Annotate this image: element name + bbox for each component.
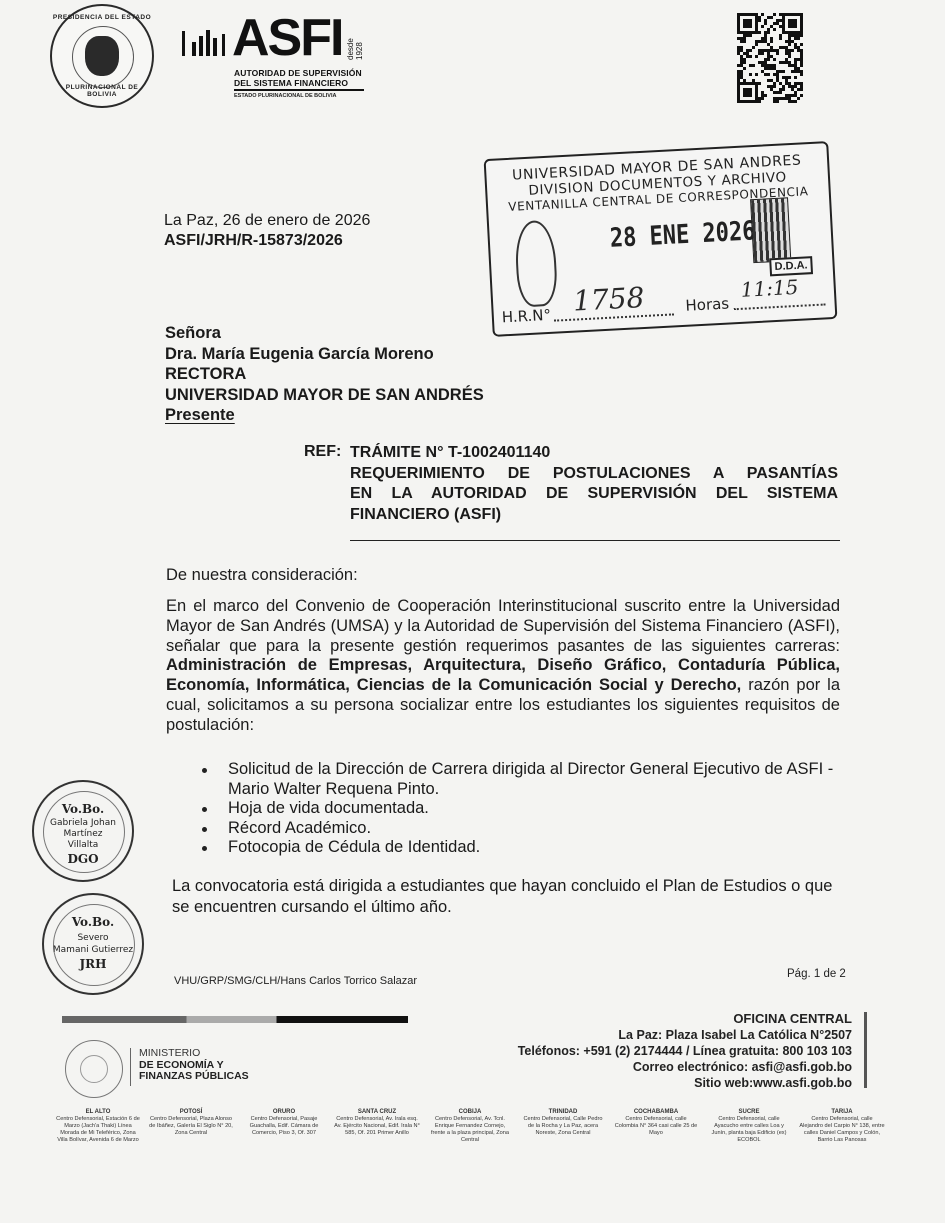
office-accent-bar [864, 1012, 867, 1088]
paragraph-1: En el marco del Convenio de Cooperación … [166, 597, 840, 736]
hrn-value: 1758 [572, 281, 645, 318]
ministry-name: MINISTERIO DE ECONOMÍA Y FINANZAS PÚBLIC… [139, 1048, 249, 1083]
branch-trinidad: TRINIDADCentro Defensorial, Calle Pedro … [520, 1109, 606, 1144]
university-emblem-icon [514, 220, 558, 308]
branch-potosi: POTOSÍCentro Defensorial, Plaza Alonso d… [148, 1109, 234, 1144]
branch-cochabamba: COCHABAMBACentro Defensorial, calle Colo… [613, 1109, 699, 1144]
branch-city: ORURO [241, 1109, 327, 1116]
asfi-bars-icon [182, 22, 226, 60]
asfi-subtitle-1: AUTORIDAD DE SUPERVISIÓN [234, 68, 362, 78]
approval-name-line: Severo [44, 933, 142, 943]
branch-address: Centro Defensorial, calle Colombia N° 36… [613, 1116, 699, 1137]
footer-color-bar [62, 1016, 408, 1023]
addressee-salutation: Señora [165, 323, 484, 344]
approval-name-line: Villalta [34, 840, 132, 850]
ref-line: REQUERIMIENTO DE POSTULACIONES A PASANTÍ… [350, 464, 838, 485]
office-title: OFICINA CENTRAL [518, 1011, 852, 1027]
branch-oruro: ORUROCentro Defensorial, Pasaje Guachall… [241, 1109, 327, 1144]
branch-santa-cruz: SANTA CRUZCentro Defensorial, Av. Irala … [334, 1109, 420, 1144]
paragraph-2: La convocatoria está dirigida a estudian… [172, 876, 846, 918]
branch-address: Centro Defensorial, Calle Pedro de la Ro… [520, 1116, 606, 1137]
addressee-presente: Presente [165, 405, 484, 426]
office-website[interactable]: Sitio web:www.asfi.gob.bo [518, 1075, 852, 1091]
horas-dotted-line [734, 303, 826, 310]
asfi-since: desde 1928 [346, 36, 364, 60]
branch-city: TARIJA [799, 1109, 885, 1116]
branch-offices: EL ALTOCentro Defensorial, Estación 6 de… [55, 1109, 885, 1144]
office-address: La Paz: Plaza Isabel La Católica N°2507 [518, 1027, 852, 1043]
branch-city: POTOSÍ [148, 1109, 234, 1116]
branch-address: Centro Defensorial, Estación 6 de Marzo … [55, 1116, 141, 1144]
branch-address: Centro Defensorial, Plaza Alonso de Ibáñ… [148, 1116, 234, 1137]
drafter-initials: VHU/GRP/SMG/CLH/Hans Carlos Torrico Sala… [174, 975, 417, 987]
addressee-block: Señora Dra. María Eugenia García Moreno … [165, 323, 484, 426]
branch-address: Centro Defensorial, calle Alejandro del … [799, 1116, 885, 1144]
approval-header: Vo.Bo. [34, 802, 132, 816]
asfi-logo: ASFI desde 1928 AUTORIDAD DE SUPERVISIÓN… [180, 14, 370, 104]
ministry-line-3: FINANZAS PÚBLICAS [139, 1071, 249, 1083]
branch-city: COCHABAMBA [613, 1109, 699, 1116]
branch-city: SANTA CRUZ [334, 1109, 420, 1116]
ref-line: FINANCIERO (ASFI) [350, 505, 838, 526]
approval-unit: JRH [44, 957, 142, 971]
presidency-seal: PRESIDENCIA DEL ESTADO PLURINACIONAL DE … [50, 4, 154, 108]
horas-label: Horas [685, 295, 730, 315]
greeting: De nuestra consideración: [166, 566, 840, 586]
branch-address: Centro Defensorial, Av. Irala esq. Av. E… [334, 1116, 420, 1137]
ministry-divider [130, 1048, 131, 1086]
reception-stamp: UNIVERSIDAD MAYOR DE SAN ANDRES DIVISION… [484, 141, 838, 337]
approval-header: Vo.Bo. [44, 915, 142, 929]
central-office: OFICINA CENTRAL La Paz: Plaza Isabel La … [518, 1011, 852, 1091]
place-date: La Paz, 26 de enero de 2026 [164, 212, 370, 230]
branch-city: EL ALTO [55, 1109, 141, 1116]
ref-label: REF: [304, 443, 341, 461]
approval-name-line: Martínez [34, 829, 132, 839]
reference-code: ASFI/JRH/R-15873/2026 [164, 232, 343, 250]
stamp-date: 28 ENE 2026 [609, 217, 756, 255]
stamp-badge: D.D.A. [769, 256, 813, 276]
approval-name-line: Mamani Gutierrez [44, 945, 142, 955]
addressee-position: RECTORA [165, 364, 484, 385]
ministry-line-1: MINISTERIO [139, 1048, 249, 1060]
seal-top-text: PRESIDENCIA DEL ESTADO [52, 14, 152, 21]
paragraph-1-careers: Administración de Empresas, Arquitectura… [166, 656, 840, 694]
branch-city: COBIJA [427, 1109, 513, 1116]
horas-value: 11:15 [740, 275, 799, 302]
branch-tarija: TARIJACentro Defensorial, calle Alejandr… [799, 1109, 885, 1144]
approval-stamp-jrh: Vo.Bo. Severo Mamani Gutierrez JRH [42, 893, 144, 995]
ref-divider [350, 540, 840, 541]
branch-address: Centro Defensorial, calle Ayacucho entre… [706, 1116, 792, 1144]
requirement-item: Fotocopia de Cédula de Identidad. [200, 838, 842, 858]
approval-name-line: Gabriela Johan [34, 818, 132, 828]
office-email[interactable]: Correo electrónico: asfi@asfi.gob.bo [518, 1059, 852, 1075]
requirements-list: Solicitud de la Dirección de Carrera dir… [200, 760, 842, 858]
page-number: Pág. 1 de 2 [787, 968, 846, 980]
asfi-wordmark: ASFI [232, 8, 342, 68]
hrn-label: H.R.N° [501, 306, 551, 327]
requirement-item: Récord Académico. [200, 819, 842, 839]
paragraph-1-intro: En el marco del Convenio de Cooperación … [166, 597, 840, 655]
requirement-item: Hoja de vida documentada. [200, 799, 842, 819]
branch-address: Centro Defensorial, Av. Tcnl. Enrique Fe… [427, 1116, 513, 1144]
approval-unit: DGO [34, 852, 132, 866]
addressee-institution: UNIVERSIDAD MAYOR DE SAN ANDRÉS [165, 385, 484, 406]
ref-line: EN LA AUTORIDAD DE SUPERVISIÓN DEL SISTE… [350, 484, 838, 505]
asfi-rule [234, 89, 364, 91]
ref-line: TRÁMITE N° T-1002401140 [350, 443, 838, 464]
seal-bottom-text: PLURINACIONAL DE BOLIVIA [52, 84, 152, 98]
branch-city: TRINIDAD [520, 1109, 606, 1116]
building-icon [750, 197, 791, 263]
asfi-subtitle-3: ESTADO PLURINACIONAL DE BOLIVIA [234, 93, 336, 99]
asfi-subtitle-2: DEL SISTEMA FINANCIERO [234, 78, 348, 88]
approval-stamp-dgo: Vo.Bo. Gabriela Johan Martínez Villalta … [32, 780, 134, 882]
branch-cobija: COBIJACentro Defensorial, Av. Tcnl. Enri… [427, 1109, 513, 1144]
ref-lines: TRÁMITE N° T-1002401140 REQUERIMIENTO DE… [350, 443, 838, 525]
branch-sucre: SUCRECentro Defensorial, calle Ayacucho … [706, 1109, 792, 1144]
coat-of-arms-icon [85, 36, 119, 76]
branch-city: SUCRE [706, 1109, 792, 1116]
branch-address: Centro Defensorial, Pasaje Guachalla, Ed… [241, 1116, 327, 1137]
office-phones: Teléfonos: +591 (2) 2174444 / Línea grat… [518, 1043, 852, 1059]
ministry-seal-icon [65, 1040, 123, 1098]
addressee-name: Dra. María Eugenia García Moreno [165, 344, 484, 365]
qr-code-icon [737, 13, 803, 105]
branch-el-alto: EL ALTOCentro Defensorial, Estación 6 de… [55, 1109, 141, 1144]
requirement-item: Solicitud de la Dirección de Carrera dir… [200, 760, 842, 799]
